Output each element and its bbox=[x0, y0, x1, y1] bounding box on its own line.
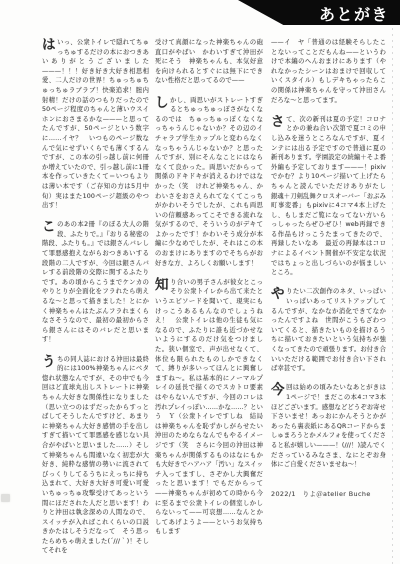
paragraph: さて、次の新刊は夏の予定！コロナとかの兼ね合い次第で夏コミの申し込みを迷うところ… bbox=[271, 115, 386, 278]
paragraph: このあの本2冊『のぼる大人の階段、ふたりで。』『おりる秘密の階段、ふたりも。』で… bbox=[42, 220, 149, 345]
paragraph-text: ちの同人誌における沖田は最終的には100%神楽ちゃんにベタ惚れ状態なんですが、そ… bbox=[42, 356, 149, 555]
dropcap: し bbox=[155, 97, 169, 109]
afterword-page: あとがき はいっ、公衆トイレで隠れてちゅっちゅするだけの本におつきあいありがとう… bbox=[0, 0, 400, 564]
paragraph-text: ——イ ヤ「普通のは経験そらしたことないってことだもんね——というわけで本編のへ… bbox=[271, 39, 386, 104]
paragraph-text: て、次の新刊は夏の予定！コロナとかの兼ね合い次第で夏コミの申し込みを迷うところな… bbox=[271, 116, 392, 277]
paragraph-text: いっ、公衆トイレで隠れてちゅっちゅするだけの本におつきあいありがとうございました… bbox=[42, 39, 149, 209]
paragraph-continuation: ——イ ヤ「普通のは経験そらしたことないってことだもんね——というわけで本編のへ… bbox=[271, 38, 386, 105]
paragraph: 今回は始めの頃みたいなあとがきは1ページで！まだこの本4コマ3本ほどございます。… bbox=[271, 383, 386, 469]
paragraph-text: 受けて真顔になった神楽ちゃんの砲直口がやばい かわいすぎて沖田が死にそう 神楽ち… bbox=[155, 39, 263, 84]
date-signature: 2022/1 りよ＠atelier Buche bbox=[271, 490, 386, 500]
dropcap: は bbox=[42, 39, 56, 51]
paragraph-text: りたい二次創作のネタ、いっぱいいっぱいあってリストアップしてるんですが、なかなか… bbox=[271, 288, 386, 372]
paragraph-text: 回は始めの頃みたいなあとがきは1ページで！まだこの本4コマ3本ほどございます。感… bbox=[271, 384, 386, 468]
dropcap: や bbox=[271, 288, 285, 300]
text-column-1: はいっ、公衆トイレで隠れてちゅっちゅするだけの本におつきあいありがとうございまし… bbox=[42, 38, 149, 564]
paragraph: しかし、両思いがストレートすぎるとちゅっちゅっぽさがなくなるのでは ちゅっちゅっ… bbox=[155, 96, 263, 269]
paragraph: 知り合いの男子さんが彼女とこっそり公衆トイレから出て来たというエピソードを聞いて… bbox=[155, 278, 263, 537]
text-column-3: ——イ ヤ「普通のは経験そらしたことないってことだもんね——というわけで本編のへ… bbox=[271, 38, 386, 499]
paragraph-continuation: 受けて真顔になった神楽ちゃんの砲直口がやばい かわいすぎて沖田が死にそう 神楽ち… bbox=[155, 38, 263, 86]
dropcap: 知 bbox=[155, 279, 169, 291]
afterword-banner-title: あとがき bbox=[319, 2, 389, 25]
dropcap: 今 bbox=[271, 384, 285, 396]
paragraph: うちの同人誌における沖田は最終的には100%神楽ちゃんにベタ惚れ状態なんですが、… bbox=[42, 355, 149, 556]
paragraph: はいっ、公衆トイレで隠れてちゅっちゅするだけの本におつきあいありがとうございまし… bbox=[42, 38, 149, 211]
paragraph-text: かし、両思いがストレートすぎるとちゅっちゅっぽさがなくなるのでは ちゅっちゅっぽ… bbox=[155, 97, 263, 267]
dropcap: さ bbox=[271, 116, 285, 128]
dropcap: う bbox=[42, 356, 56, 368]
scan-artifact-left-smudge bbox=[1, 494, 10, 502]
paragraph-text: り合いの男子さんが彼女とこっそり公衆トイレから出て来たというエピソードを聞いて、… bbox=[155, 279, 263, 535]
dropcap: こ bbox=[42, 221, 56, 233]
text-column-2: 受けて真顔になった神楽ちゃんの砲直口がやばい かわいすぎて沖田が死にそう 神楽ち… bbox=[155, 38, 263, 546]
paragraph: やりたい二次創作のネタ、いっぱいいっぱいあってリストアップしてるんですが、なかな… bbox=[271, 287, 386, 373]
paragraph-text: のあの本2冊『のぼる大人の階段、ふたりで。』『おりる秘密の階段、ふたりも。』では… bbox=[42, 221, 149, 343]
scan-artifact-right-edge bbox=[392, 28, 393, 564]
